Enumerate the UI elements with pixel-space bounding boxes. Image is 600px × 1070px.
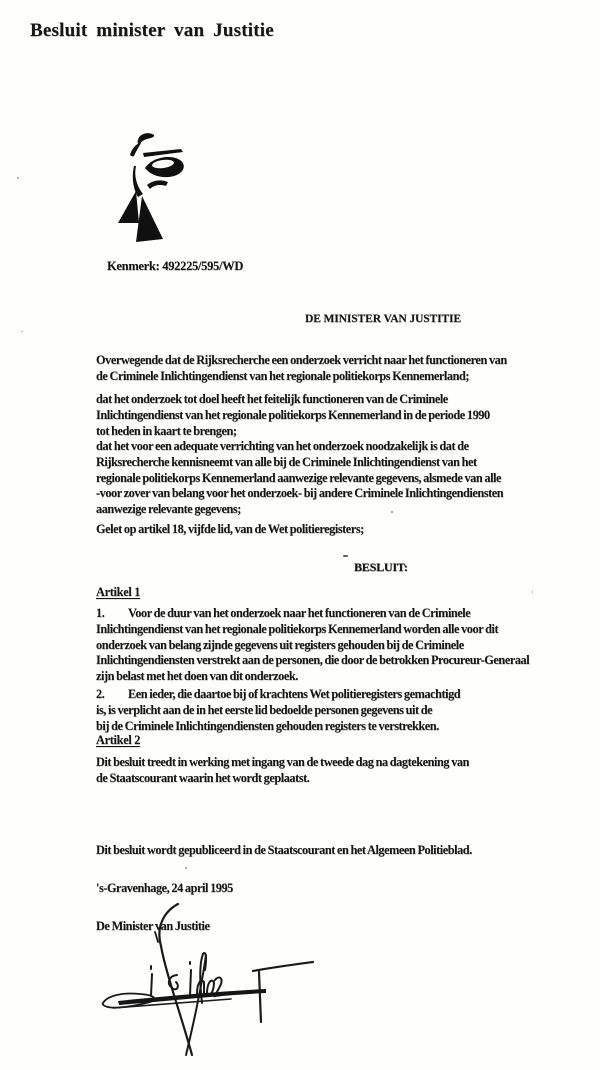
scan-speck	[21, 331, 23, 332]
artikel-2-title: Artikel 2	[96, 733, 140, 748]
item-text: Een ieder, die daartoe bij of krachtens …	[96, 687, 596, 734]
item-number: 1.	[96, 606, 104, 622]
scan-speck	[343, 555, 348, 557]
scan-speck	[391, 511, 393, 513]
recital-paragraph-2: dat het onderzoek tot doel heeft het fei…	[96, 392, 590, 439]
place-date-line: 's-Gravenhage, 24 april 1995	[96, 881, 590, 897]
recital-paragraph-1: Overwegende dat de Rijksrecherche een on…	[96, 353, 590, 385]
reference-number: Kenmerk: 492225/595/WD	[107, 259, 243, 274]
scan-speck	[185, 867, 187, 869]
item-text: Voor de duur van het onderzoek naar het …	[96, 606, 596, 685]
artikel-1-item-2: 2. Een ieder, die daartoe bij of krachte…	[96, 687, 596, 734]
besluit-heading: BESLUIT:	[354, 560, 408, 575]
recital-paragraph-3: dat het voor een adequate verrichting va…	[96, 439, 590, 518]
page-title: Besluit minister van Justitie	[30, 20, 274, 42]
gelet-clause: Gelet op artikel 18, vijfde lid, van de …	[96, 522, 590, 538]
scan-speck	[532, 591, 533, 593]
handwritten-signature-icon	[95, 898, 325, 1066]
publication-line: Dit besluit wordt gepubliceerd in de Sta…	[96, 843, 590, 859]
artikel-2-text: Dit besluit treedt in werking met ingang…	[96, 755, 590, 787]
minister-heading: DE MINISTER VAN JUSTITIE	[305, 313, 461, 325]
artikel-1-item-1: 1. Voor de duur van het onderzoek naar h…	[96, 606, 596, 685]
scan-speck	[17, 177, 19, 179]
scanned-document-page: Besluit minister van Justitie Kenmerk: 4…	[0, 0, 600, 1070]
item-number: 2.	[96, 687, 104, 703]
artikel-1-title: Artikel 1	[96, 585, 140, 600]
justitia-scales-icon	[113, 130, 185, 245]
